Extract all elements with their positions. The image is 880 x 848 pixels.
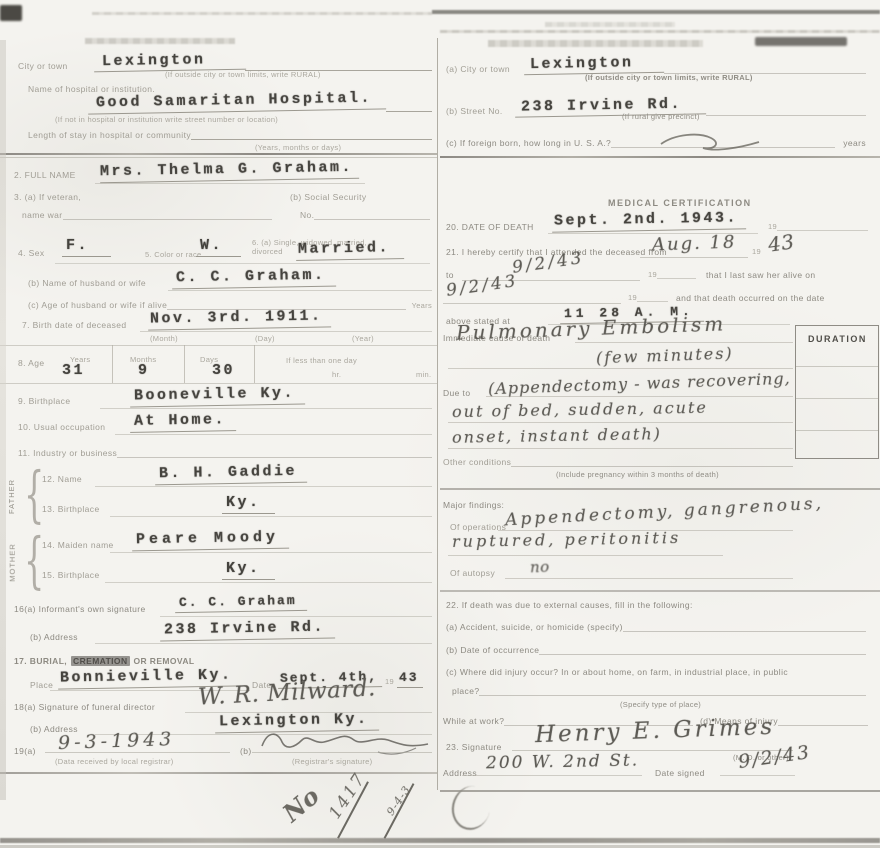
scan-artifact — [755, 37, 847, 46]
mother-bp-value-row: Ky. — [222, 560, 275, 580]
rule — [796, 366, 878, 367]
due-hw2-row: out of bed, sudden, acute — [452, 400, 708, 419]
last-saw-row: that I last saw her alive on — [706, 270, 815, 280]
due-label-row: Due to — [443, 388, 470, 398]
rule — [448, 448, 793, 449]
dod-year: 19 — [768, 222, 777, 231]
external-label: 22. If death was due to external causes,… — [446, 600, 693, 610]
death-certificate-scan: City or town Lexington (If outside city … — [0, 0, 880, 848]
informant-addr-value-row: 238 Irvine Rd. — [160, 620, 335, 640]
due-hw3-row: onset, instant death) — [452, 426, 662, 445]
to-hw-value: 9/2/43 — [511, 248, 586, 278]
informant-addr-value: 238 Irvine Rd. — [160, 618, 335, 641]
director-label-row: 18(a) Signature of funeral director — [14, 702, 155, 712]
ssn-label2: No. — [300, 210, 314, 220]
r-street-note-row: (If rural give precinct) — [622, 112, 700, 121]
rule — [95, 486, 432, 487]
scan-artifact — [545, 22, 675, 27]
birthplace-value: Booneville Ky. — [130, 384, 305, 407]
registrar-date-row: 9-3-1943 — [58, 730, 175, 752]
rule — [486, 396, 793, 397]
rule — [105, 582, 432, 583]
age-min-row: min. — [416, 370, 431, 379]
mother-bp-value: Ky. — [222, 560, 275, 580]
informant-value: C. C. Graham — [175, 593, 307, 613]
industry-label: 11. Industry or business — [18, 448, 117, 458]
findings-label-row: Major findings: — [443, 500, 504, 510]
fill-line — [657, 276, 696, 279]
scan-artifact — [488, 40, 703, 47]
fill-line — [511, 464, 793, 467]
informant-label: 16(a) Informant's own signature — [14, 604, 146, 614]
scan-artifact — [85, 38, 235, 44]
fill-line — [539, 652, 866, 655]
duration-box: DURATION — [795, 325, 879, 459]
fullname-label-row: 2. FULL NAME — [14, 170, 76, 180]
last-saw-label: that I last saw her alive on — [706, 270, 815, 280]
phys-addr-label: Address — [443, 768, 477, 778]
other-note: (Include pregnancy within 3 months of de… — [556, 470, 719, 479]
occurrence-label: (b) Date of occurrence — [446, 645, 539, 655]
rule — [45, 752, 230, 753]
due-hw3-value: onset, instant death) — [452, 424, 662, 447]
certify-from-value: Aug. 18 — [652, 232, 737, 256]
rule — [168, 290, 432, 291]
certify-from-yr-row: 19 — [752, 247, 761, 256]
due-hw1-row: (Appendectomy - was recovering, — [488, 374, 791, 393]
rule — [720, 775, 795, 776]
veteran-label2: name war — [22, 210, 63, 220]
on-yr-printed: 19 — [628, 293, 637, 302]
informant-addr-label-row: (b) Address — [30, 632, 78, 642]
to-yr-printed: 19 — [648, 270, 657, 279]
father-bp-value-row: Ky. — [222, 494, 275, 514]
rule — [448, 555, 723, 556]
rule — [252, 752, 432, 753]
operations-hw1-value: Appendectomy, gangrenous, — [505, 494, 825, 531]
scan-artifact — [0, 838, 880, 843]
mother-side-label: MOTHER — [8, 543, 17, 582]
r-foreign-label: (c) If foreign born, how long in U. S. A… — [446, 138, 611, 148]
scan-artifact — [92, 12, 432, 15]
father-name-value-row: B. H. Gaddie — [155, 464, 307, 484]
section-rule — [440, 590, 880, 592]
occurred-row: and that death occurred on the date — [676, 293, 825, 303]
date-signed-value: 9/2/43 — [737, 741, 813, 773]
certify-from-row: Aug. 18 — [652, 233, 736, 254]
race-value: W. — [196, 237, 241, 257]
hospital-note: (If not in hospital or institution write… — [55, 115, 278, 124]
dod-value-row: Sept. 2nd. 1943. — [552, 211, 746, 231]
informant-value-row: C. C. Graham — [175, 594, 307, 612]
fill-line — [386, 109, 432, 112]
father-name-value: B. H. Gaddie — [155, 463, 307, 486]
spouse-age-unit: Years — [412, 301, 432, 310]
registrar-b-row: (b) — [240, 746, 252, 756]
age-label-row: 8. Age — [18, 358, 45, 368]
mother-name-value: Peare Moody — [132, 529, 289, 552]
spouse-value: C. C. Graham. — [172, 267, 336, 290]
phys-addr-value-row: 200 W. 2nd St. — [486, 752, 639, 772]
rule — [100, 408, 432, 409]
age-hr-label: hr. — [332, 370, 341, 379]
registrar-date-value: 9-3-1943 — [58, 728, 176, 754]
fill-line — [637, 299, 668, 302]
sex-value: F. — [62, 237, 111, 257]
section-rule — [0, 153, 437, 155]
fill-line — [191, 137, 432, 140]
fill-line — [479, 693, 866, 696]
fill-line — [117, 455, 432, 458]
accident-label: (a) Accident, suicide, or homicide (spec… — [446, 622, 623, 632]
r-city-note: (If outside city or town limits, write R… — [585, 73, 753, 82]
external-row: 22. If death was due to external causes,… — [446, 600, 693, 610]
day-note: (Day) — [255, 334, 275, 343]
certify-on-yr-row: 19 — [628, 293, 668, 302]
scan-artifact — [0, 40, 6, 800]
birthdate-note-month: (Month) — [150, 334, 178, 343]
birthdate-label: 7. Birth date of deceased — [22, 320, 127, 330]
where-note: (Specify type of place) — [620, 700, 701, 709]
director-label: 18(a) Signature of funeral director — [14, 702, 155, 712]
birthdate-value: Nov. 3rd. 1911. — [148, 307, 331, 330]
physician-signature-row: Henry E. Grimes — [535, 718, 775, 744]
registrar-b-label: (b) — [240, 746, 252, 756]
autopsy-label-row: Of autopsy — [450, 568, 495, 578]
due-label: Due to — [443, 388, 470, 398]
age-months-value: 9 — [138, 362, 150, 379]
r-foreign-unit: years — [843, 138, 866, 148]
registrar-sig-note: (Registrar's signature) — [292, 757, 372, 766]
from-yr-printed: 19 — [752, 247, 761, 256]
physician-signature: Henry E. Grimes — [535, 714, 776, 748]
section-rule — [440, 156, 880, 158]
due-hw2-value: out of bed, sudden, acute — [452, 398, 708, 421]
column-divider — [437, 38, 438, 790]
operations-hw2-value: ruptured, peritonitis — [452, 528, 681, 551]
rule — [640, 257, 748, 258]
age-days-value: 30 — [212, 362, 235, 379]
date-signed-label: Date signed — [655, 768, 705, 778]
med-cert-title: MEDICAL CERTIFICATION — [608, 198, 752, 208]
month-note: (Month) — [150, 334, 178, 343]
informant-addr-label: (b) Address — [30, 632, 78, 642]
other-label: Other conditions — [443, 457, 511, 467]
section-rule — [440, 488, 880, 490]
burial-year-value: 43 — [397, 670, 423, 688]
section-rule — [0, 157, 437, 158]
age-hr-row: hr. — [332, 370, 341, 379]
fill-line — [623, 629, 866, 632]
father-bracket: { — [24, 458, 44, 529]
certify-from-yr-hw-row: 43 — [768, 231, 794, 255]
burial-year-prefix: 19 — [385, 677, 394, 686]
ssn-line2-row: No. — [300, 210, 430, 220]
birthdate-value-row: Nov. 3rd. 1911. — [148, 309, 331, 329]
work-label: While at work? — [443, 716, 504, 726]
registrar-num-row: 19(a) — [14, 746, 36, 756]
scan-artifact — [432, 10, 880, 14]
rule — [448, 422, 793, 423]
med-cert-title-row: MEDICAL CERTIFICATION — [608, 198, 752, 208]
mother-name-label: 14. Maiden name — [42, 540, 114, 550]
other-note-row: (Include pregnancy within 3 months of de… — [556, 470, 719, 479]
veteran-label-row: 3. (a) If veteran, — [14, 192, 81, 202]
father-bp-value: Ky. — [222, 494, 275, 514]
operations-hw2-row: ruptured, peritonitis — [452, 530, 681, 549]
rule — [110, 552, 432, 553]
r-city-value: Lexington — [524, 54, 664, 75]
due-hw1-value: (Appendectomy - was recovering, — [488, 369, 791, 399]
other-row: Other conditions — [443, 457, 793, 467]
autopsy-hw-row: no — [530, 558, 550, 576]
stay-note-row: (Years, months or days) — [255, 143, 341, 152]
r-street-note: (If rural give precinct) — [622, 112, 700, 121]
age-months-value-row: 9 — [138, 362, 150, 379]
rule — [443, 303, 621, 304]
from-yr-hw: 43 — [766, 229, 796, 256]
left-bottom-rule — [0, 772, 437, 774]
stay-label: Length of stay in hospital or community — [28, 130, 191, 140]
city-note-row: (If outside city or town limits, write R… — [165, 70, 321, 79]
rule — [796, 398, 878, 399]
funeral-director-signature: W. R. Milward. — [197, 675, 376, 710]
race-label: 5. Color or race — [145, 250, 202, 259]
burial-title-row: 17. BURIAL, CREMATION OR REMOVAL — [14, 656, 194, 666]
accident-row: (a) Accident, suicide, or homicide (spec… — [446, 622, 866, 632]
findings-label: Major findings: — [443, 500, 504, 510]
mother-bp-label: 15. Birthplace — [42, 570, 100, 580]
sex-label-row: 4. Sex — [18, 248, 45, 258]
director-sig-row: W. R. Milward. — [198, 680, 376, 706]
fill-line — [778, 723, 868, 726]
occupation-value-row: At Home. — [130, 412, 236, 432]
spouse-age-label: (c) Age of husband or wife if alive — [28, 300, 167, 310]
race-label-row: 5. Color or race — [145, 250, 202, 259]
certify-to-hw-row: 9/2/43 — [512, 253, 585, 273]
age-less-label-row: If less than one day — [286, 356, 357, 365]
scan-artifact — [440, 30, 880, 33]
dod-label-row: 20. DATE OF DEATH — [446, 222, 534, 232]
ssn-label-row: (b) Social Security — [290, 192, 367, 202]
where1-row: (c) Where did injury occur? In or about … — [446, 667, 788, 677]
mother-name-label-row: 14. Maiden name — [42, 540, 114, 550]
age-label: 8. Age — [18, 358, 45, 368]
file-stamp-no: No — [277, 781, 325, 828]
where-note-row: (Specify type of place) — [620, 700, 701, 709]
age-days-value-row: 30 — [212, 362, 235, 379]
spouse-value-row: C. C. Graham. — [172, 268, 336, 288]
occurrence-row: (b) Date of occurrence — [446, 645, 866, 655]
age-years-value-row: 31 — [62, 362, 85, 379]
registrar-date-note: (Data received by local registrar) — [55, 757, 174, 766]
age-box-divider — [254, 345, 255, 383]
birthdate-note-year: (Year) — [352, 334, 374, 343]
registrar-sig-note-row: (Registrar's signature) — [292, 757, 372, 766]
where-label1: (c) Where did injury occur? In or about … — [446, 667, 788, 677]
rule — [462, 775, 642, 776]
sig-label-row: 23. Signature — [446, 742, 502, 752]
informant-label-row: 16(a) Informant's own signature — [14, 604, 146, 614]
where2-row: place? — [452, 686, 866, 696]
cause-hw2-row: (few minutes) — [596, 346, 734, 365]
autopsy-hw-value: no — [530, 558, 550, 577]
sex-label: 4. Sex — [18, 248, 45, 258]
rule — [55, 263, 430, 264]
rule — [95, 643, 432, 644]
cause-hw2-value: (few minutes) — [596, 344, 734, 368]
birthplace-value-row: Booneville Ky. — [130, 386, 305, 406]
rule — [796, 430, 878, 431]
age-box-bottom — [0, 383, 437, 384]
where-label2: place? — [452, 686, 479, 696]
stay-note: (Years, months or days) — [255, 143, 341, 152]
veteran-line2-row: name war — [22, 210, 272, 220]
cause-hw1-value: Pulmonary Embolism — [456, 311, 727, 344]
phys-addr-label-row: Address — [443, 768, 477, 778]
duration-label-row: DURATION — [808, 334, 867, 344]
rule — [140, 331, 432, 332]
rule — [505, 578, 793, 579]
age-min-label: min. — [416, 370, 431, 379]
duration-label: DURATION — [808, 334, 867, 344]
birthdate-note-day: (Day) — [255, 334, 275, 343]
rule — [448, 368, 793, 369]
dod-value: Sept. 2nd. 1943. — [552, 209, 746, 232]
birthplace-label: 9. Birthplace — [18, 396, 70, 406]
spouse-label-row: (b) Name of husband or wife — [28, 278, 146, 288]
phys-addr-value: 200 W. 2nd St. — [486, 751, 639, 774]
registrar-signature — [258, 722, 433, 756]
age-box-divider — [184, 345, 185, 383]
ssn-label: (b) Social Security — [290, 192, 367, 202]
hospital-note-row: (If not in hospital or institution write… — [55, 115, 278, 124]
foreign-born-scribble — [655, 128, 765, 154]
veteran-label: 3. (a) If veteran, — [14, 192, 81, 202]
marital-value-row: Married. — [296, 240, 404, 260]
burial-place-label-row: Place — [30, 680, 53, 690]
stay-row: Length of stay in hospital or community — [28, 130, 432, 140]
rule — [110, 516, 432, 517]
marital-value: Married. — [296, 239, 404, 261]
father-name-label-row: 12. Name — [42, 474, 82, 484]
on-hw-value: 9/2/43 — [445, 271, 520, 301]
rule — [160, 616, 432, 617]
hospital-value-row: Good Samaritan Hospital. — [88, 92, 432, 112]
occupation-label-row: 10. Usual occupation — [18, 422, 105, 432]
city-label: City or town — [18, 61, 68, 71]
autopsy-label: Of autopsy — [450, 568, 495, 578]
birthplace-label-row: 9. Birthplace — [18, 396, 70, 406]
city-note: (If outside city or town limits, write R… — [165, 70, 321, 79]
father-name-label: 12. Name — [42, 474, 82, 484]
mother-bracket: { — [24, 524, 44, 595]
r-street-label: (b) Street No. — [446, 106, 503, 116]
burial-label-pre: 17. BURIAL, — [14, 656, 67, 666]
file-stamp-number: 1417 — [325, 769, 370, 823]
year-note: (Year) — [352, 334, 374, 343]
date-signed-value-row: 9/2/43 — [738, 746, 811, 768]
cause-hw1-row: Pulmonary Embolism — [456, 316, 726, 340]
age-less-label: If less than one day — [286, 356, 357, 365]
certify-to-yr-row: 19 — [648, 270, 696, 279]
burial-place-label: Place — [30, 680, 53, 690]
rule — [95, 183, 365, 184]
mother-bp-label-row: 15. Birthplace — [42, 570, 100, 580]
right-bottom-rule — [440, 790, 880, 792]
fullname-label: 2. FULL NAME — [14, 170, 76, 180]
father-bp-label-row: 13. Birthplace — [42, 504, 100, 514]
fill-line — [63, 217, 272, 220]
spouse-label: (b) Name of husband or wife — [28, 278, 146, 288]
father-side-label: FATHER — [7, 479, 16, 514]
r-city-note-row: (If outside city or town limits, write R… — [585, 73, 753, 82]
occupation-value: At Home. — [130, 411, 236, 433]
rule — [115, 434, 432, 435]
registrar-num-label: 19(a) — [14, 746, 36, 756]
hospital-value: Good Samaritan Hospital. — [88, 89, 386, 114]
fill-line — [314, 217, 430, 220]
burial-label-struck: CREMATION — [71, 656, 129, 666]
dod-label: 20. DATE OF DEATH — [446, 222, 534, 232]
fullname-value-row: Mrs. Thelma G. Graham. — [100, 161, 359, 181]
mother-name-value-row: Peare Moody — [132, 530, 289, 550]
place-of-death-city-row: City or town Lexington — [18, 52, 432, 71]
certify-on-hw-row: 9/2/43 — [446, 276, 519, 296]
age-box-top — [0, 345, 437, 346]
rule — [575, 342, 793, 343]
age-years-value: 31 — [62, 362, 85, 379]
r-city-row: (a) City or town Lexington — [446, 55, 866, 74]
sex-value-row: F. — [62, 237, 111, 257]
father-bp-label: 13. Birthplace — [42, 504, 100, 514]
age-box-divider — [112, 345, 113, 383]
date-signed-label-row: Date signed — [655, 768, 705, 778]
fill-line — [706, 113, 866, 116]
fullname-value: Mrs. Thelma G. Graham. — [100, 159, 359, 184]
race-value-row: W. — [196, 237, 241, 257]
occupation-label: 10. Usual occupation — [18, 422, 105, 432]
industry-row: 11. Industry or business — [18, 448, 432, 458]
birthdate-label-row: 7. Birth date of deceased — [22, 320, 127, 330]
occurred-label: and that death occurred on the date — [676, 293, 825, 303]
scan-artifact — [0, 5, 22, 21]
r-city-label: (a) City or town — [446, 64, 510, 74]
registrar-date-note-row: (Data received by local registrar) — [55, 757, 174, 766]
burial-label-post: OR REMOVAL — [134, 656, 195, 666]
sig-label: 23. Signature — [446, 742, 502, 752]
operations-hw1-row: Appendectomy, gangrenous, — [505, 502, 824, 522]
